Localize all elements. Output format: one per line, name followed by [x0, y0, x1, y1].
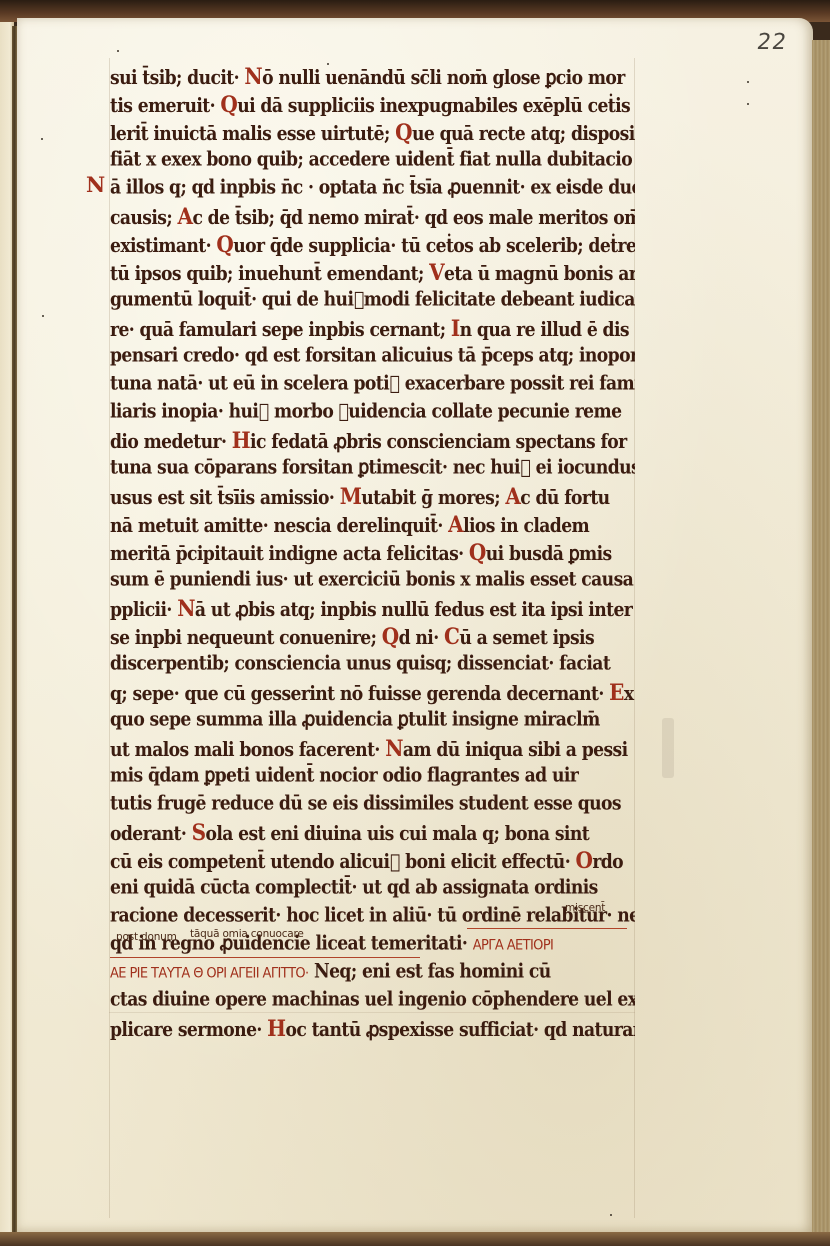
book-binding-bottom	[0, 1232, 830, 1246]
manuscript-line: ctas diuine opere machinas uel ingenio c…	[110, 984, 635, 1015]
line-text: utabit ḡ mores;	[361, 487, 505, 509]
line-text: rdo	[592, 851, 623, 873]
greek-phrase: ΑΕ ΡΙΕ ΤΑΥΤΑ Θ ΟΡΙ ΑΓΕΙΙ ΑΓΙΤΤΟ·	[110, 965, 309, 982]
rubricated-initial: H	[267, 1015, 285, 1042]
line-text: se inpbi nequeunt conuenire;	[110, 627, 382, 649]
line-text: tū ipsos quib; inuehunt̄ emendant;	[110, 263, 429, 285]
rubricated-initial: Q	[220, 91, 237, 118]
line-text: tuna sua cōparans forsitan ꝑtimescit· ne…	[110, 457, 635, 479]
manuscript-line: tū ipsos quib; inuehunt̄ emendant; Veta …	[110, 256, 635, 287]
stain-mark	[662, 718, 674, 778]
line-text: tis emeruit·	[110, 95, 220, 117]
line-text: discerpentib; consciencia unus quisq; di…	[110, 653, 610, 675]
interlinear-gloss: miscent̄	[565, 902, 605, 914]
manuscript-line: pensari credo· qd est forsitan alicuius …	[110, 340, 635, 371]
line-text: ctas diuine opere machinas uel ingenio c…	[110, 989, 635, 1011]
rubricated-initial: Q	[216, 231, 233, 258]
manuscript-line: tutis frugē reduce dū se eis dissimiles …	[110, 788, 635, 819]
line-text: tuna natā· ut eū in scelera poti᷒ exacer…	[110, 373, 635, 395]
line-text: d ni·	[399, 627, 444, 649]
line-text: liaris inopia· hui᷒ morbo ꝓuidencia coll…	[110, 401, 621, 423]
pricking-dot	[610, 1214, 612, 1216]
manuscript-line: eni quidā cūcta complectit̄· ut qd ab as…	[110, 872, 635, 903]
manuscript-line: discerpentib; consciencia unus quisq; di…	[110, 648, 635, 679]
pricking-dot	[747, 81, 749, 83]
rubricated-initial: E	[609, 679, 624, 706]
rubricated-initial: N	[385, 735, 403, 762]
line-text: q; sepe· que cū gesserint nō fuisse gere…	[110, 683, 609, 705]
rubricated-initial: S	[192, 819, 206, 846]
rubricated-initial: H	[232, 427, 250, 454]
line-text: meritā p̄cipitauit indigne acta felicita…	[110, 543, 469, 565]
rubricated-initial: Q	[469, 539, 486, 566]
line-text: fiāt x exex bono quib; accedere uident̄ …	[110, 149, 635, 171]
manuscript-line: tuna natā· ut eū in scelera poti᷒ exacer…	[110, 368, 635, 399]
line-text: x	[624, 683, 634, 705]
manuscript-line: mis q̄dam ꝑpeti uident̄ nocior odio flag…	[110, 760, 635, 791]
manuscript-line: se inpbi nequeunt conuenire; Qd ni· Cū a…	[110, 620, 635, 651]
line-text: ā illos q; qd inpbis n̄c · optata n̄c t̄…	[110, 177, 635, 199]
line-text: mis q̄dam ꝑpeti uident̄ nocior odio flag…	[110, 765, 578, 787]
manuscript-line: plicare sermone· Hoc tantū ꝓspexisse suf…	[110, 1012, 635, 1043]
manuscript-line: quo sepe summa illa ꝓuidencia ꝑtulit ins…	[110, 704, 635, 735]
line-text: plicare sermone·	[110, 1019, 267, 1041]
greek-phrase: ΑΡΓΑ ΑΕΤΙΟΡΙ	[473, 937, 554, 954]
interlinear-gloss: post donum	[116, 931, 177, 943]
rubricated-initial: N	[177, 595, 195, 622]
manuscript-line: pplicii· Nā ut ꝓbis atq; inpbis nullū fe…	[110, 592, 635, 623]
manuscript-line: racione decesserit· hoc licet in aliū· t…	[110, 900, 635, 931]
manuscript-line: qd in regno ꝓuidencie liceat temeritati·…	[110, 928, 635, 959]
fore-edge-leaves	[812, 40, 830, 1235]
rubricated-initial: A	[505, 483, 520, 510]
margin-rubric-initial: N	[86, 172, 105, 197]
line-text: pensari credo· qd est forsitan alicuius …	[110, 345, 635, 367]
text-column: sui t̄sib; ducit· Nō nulli uenāndū sc̄li…	[110, 62, 635, 1042]
line-text: oderant·	[110, 823, 192, 845]
manuscript-line: ΑΕ ΡΙΕ ΤΑΥΤΑ Θ ΟΡΙ ΑΓΕΙΙ ΑΓΙΤΤΟ· Neq; en…	[110, 956, 635, 987]
line-text: cū eis competent̄ utendo alicui᷒ boni el…	[110, 851, 575, 873]
line-text: causis;	[110, 207, 178, 229]
manuscript-line: nā metuit amitte· nescia derelinquit̄· A…	[110, 508, 635, 539]
line-text: sum ē puniendi ius· ut exerciciū bonis x…	[110, 569, 635, 591]
line-text: sui t̄sib; ducit·	[110, 67, 244, 89]
line-text: ut malos mali bonos facerent·	[110, 739, 385, 761]
line-text: racione decesserit· hoc licet in aliū· t…	[110, 905, 635, 927]
line-text: ō nulli uenāndū sc̄li nom̄ glose ꝑcio mo…	[262, 67, 625, 89]
line-text: usus est sit t̄sīis amissio·	[110, 487, 340, 509]
manuscript-line: meritā p̄cipitauit indigne acta felicita…	[110, 536, 635, 567]
folio-number: 22	[755, 30, 789, 55]
manuscript-line: tuna sua cōparans forsitan ꝑtimescit· ne…	[110, 452, 635, 483]
line-text: ic fedatā ꝓbris conscienciam spectans fo…	[250, 431, 627, 453]
line-text: oc tantū ꝓspexisse sufficiat· qd naturar…	[285, 1019, 635, 1041]
manuscript-line: fiāt x exex bono quib; accedere uident̄ …	[110, 144, 635, 175]
pricking-dot	[747, 103, 749, 105]
rubricated-initial: Q	[382, 623, 399, 650]
manuscript-line: oderant· Sola est eni diuina uis cui mal…	[110, 816, 635, 847]
manuscript-line: tis emeruit· Qui dā suppliciis inexpugna…	[110, 88, 635, 119]
line-text: Neq; eni est fas homini cū	[309, 961, 551, 983]
rubricated-initial: C	[444, 623, 459, 650]
greek-underline	[110, 957, 420, 958]
manuscript-line: liaris inopia· hui᷒ morbo ꝓuidencia coll…	[110, 396, 635, 427]
rubricated-initial: O	[575, 847, 592, 874]
line-text: am dū iniqua sibi a pessi	[403, 739, 628, 761]
manuscript-line: usus est sit t̄sīis amissio· Mutabit ḡ m…	[110, 480, 635, 511]
line-text: ū a semet ipsis	[459, 627, 594, 649]
line-text: nā metuit amitte· nescia derelinquit̄·	[110, 515, 448, 537]
line-text: eni quidā cūcta complectit̄· ut qd ab as…	[110, 877, 598, 899]
rubricated-initial: A	[178, 203, 193, 230]
manuscript-line: gumentū loquit̄· qui de hui᷒modi felicit…	[110, 284, 635, 315]
rubricated-initial: M	[340, 483, 362, 510]
manuscript-line: lerit̄ inuictā malis esse uirtutē; Que q…	[110, 116, 635, 147]
manuscript-line: sum ē puniendi ius· ut exerciciū bonis x…	[110, 564, 635, 595]
manuscript-line: sui t̄sib; ducit· Nō nulli uenāndū sc̄li…	[110, 60, 635, 91]
line-text: dio medetur·	[110, 431, 232, 453]
line-text: ā ut ꝓbis atq; inpbis nullū fedus est it…	[195, 599, 632, 621]
line-text: ue quā recte atq; disposite	[412, 123, 635, 145]
line-text: n qua re illud ē dis	[460, 319, 629, 341]
manuscript-line: causis; Ac de t̄sib; q̄d nemo mirat̄· qd…	[110, 200, 635, 231]
rubricated-initial: V	[429, 259, 444, 286]
manuscript-line: cū eis competent̄ utendo alicui᷒ boni el…	[110, 844, 635, 875]
line-text: existimant·	[110, 235, 216, 257]
line-text: tutis frugē reduce dū se eis dissimiles …	[110, 793, 621, 815]
line-text: ola est eni diuina uis cui mala q; bona …	[205, 823, 589, 845]
line-text: uor q̄de supplicia· tū ceṫos ab scelerib…	[233, 235, 635, 257]
line-text: ui busdā ꝑmis	[486, 543, 612, 565]
rubricated-initial: A	[448, 511, 463, 538]
line-text: re· quā famulari sepe inpbis cernant;	[110, 319, 451, 341]
line-text: c de t̄sib; q̄d nemo mirat̄· qd eos male…	[192, 207, 635, 229]
pricking-dot	[42, 315, 44, 317]
manuscript-line: ut malos mali bonos facerent· Nam dū ini…	[110, 732, 635, 763]
greek-underline	[467, 928, 627, 929]
line-text: lios in cladem	[463, 515, 589, 537]
line-text: pplicii·	[110, 599, 177, 621]
line-text: eta ū magnū bonis ar	[444, 263, 635, 285]
line-text: ui dā suppliciis inexpugnabiles exēplū c…	[237, 95, 635, 117]
line-text: quo sepe summa illa ꝓuidencia ꝑtulit ins…	[110, 709, 600, 731]
line-text: c dū fortu	[520, 487, 609, 509]
pricking-dot	[117, 50, 119, 52]
manuscript-line: q; sepe· que cū gesserint nō fuisse gere…	[110, 676, 635, 707]
rubricated-initial: N	[244, 63, 262, 90]
interlinear-gloss: tāquā omia conuocare	[190, 928, 304, 940]
line-text: gumentū loquit̄· qui de hui᷒modi felicit…	[110, 289, 635, 311]
manuscript-line: ā illos q; qd inpbis n̄c · optata n̄c t̄…	[110, 172, 635, 203]
manuscript-line: existimant· Quor q̄de supplicia· tū ceṫo…	[110, 228, 635, 259]
line-text: lerit̄ inuictā malis esse uirtutē;	[110, 123, 395, 145]
manuscript-line: re· quā famulari sepe inpbis cernant; In…	[110, 312, 635, 343]
rubricated-initial: I	[451, 315, 460, 342]
rubricated-initial: Q	[395, 119, 412, 146]
manuscript-line: dio medetur· Hic fedatā ꝓbris conscienci…	[110, 424, 635, 455]
pricking-dot	[41, 138, 43, 140]
